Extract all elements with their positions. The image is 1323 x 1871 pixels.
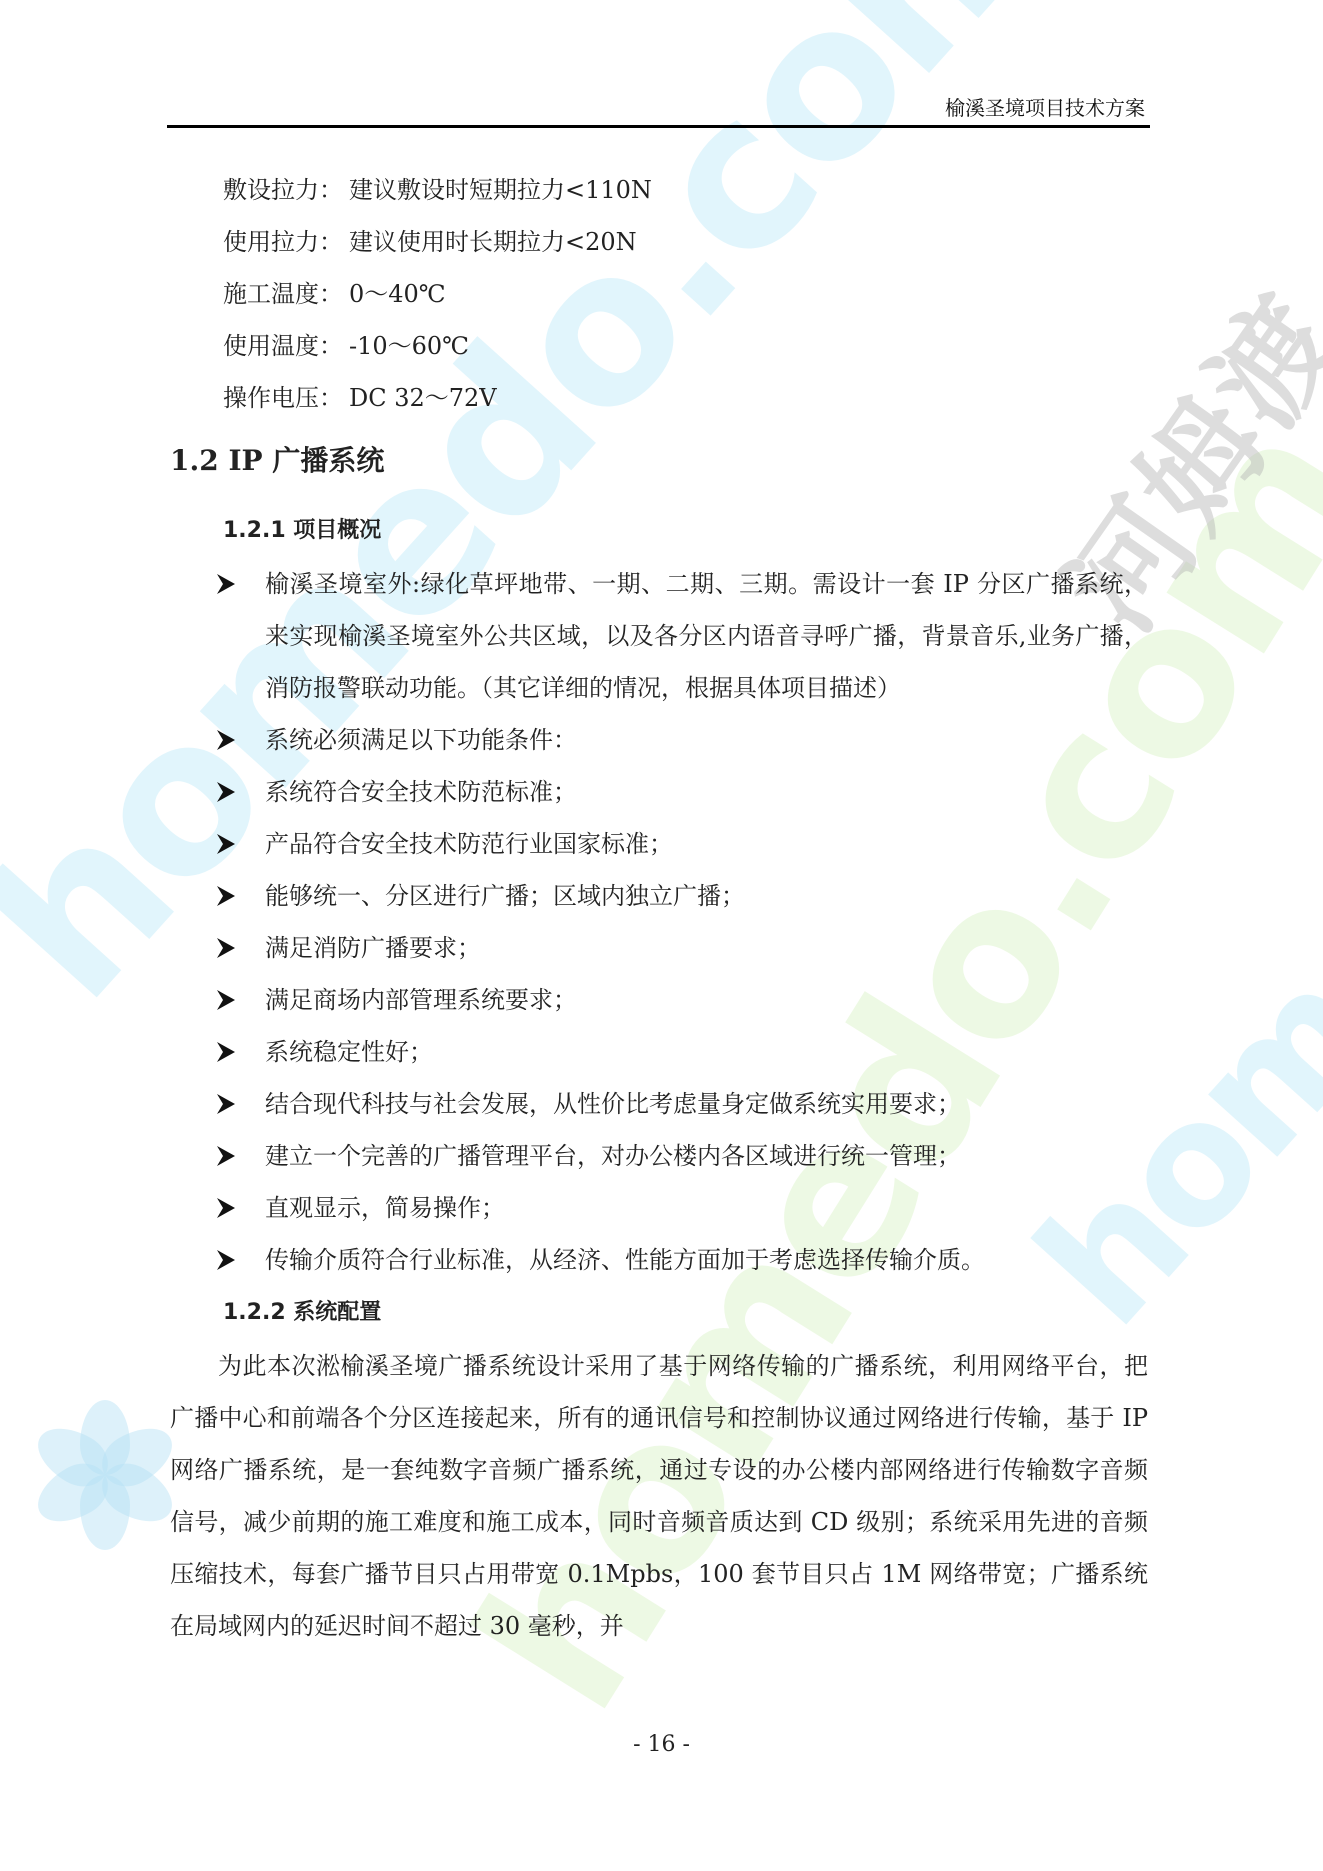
subsection-heading-overview: 1.2.1 项目概况	[170, 504, 1148, 558]
list-item: 满足消防广播要求；	[170, 922, 1148, 974]
requirements-list: 榆溪圣境室外:绿化草坪地带、一期、二期、三期。需设计一套 IP 分区广播系统，来…	[170, 558, 1148, 1286]
spec-line-usage-temp: 使用温度： -10～60℃	[170, 320, 1148, 372]
arrow-bullet-icon	[216, 729, 236, 751]
spec-line-voltage: 操作电压： DC 32～72V	[170, 372, 1148, 424]
spec-label: 使用拉力：	[223, 216, 343, 268]
page-content: 敷设拉力：建议敷设时短期拉力<110N 使用拉力：建议使用时长期拉力<20N 施…	[170, 164, 1148, 1652]
spec-label: 操作电压：	[223, 372, 343, 424]
list-item: 结合现代科技与社会发展，从性价比考虑量身定做系统实用要求；	[170, 1078, 1148, 1130]
subsection-heading-config: 1.2.2 系统配置	[170, 1286, 1148, 1340]
arrow-bullet-icon	[216, 781, 236, 803]
spec-value: -10～60℃	[349, 320, 469, 372]
arrow-bullet-icon	[216, 1145, 236, 1167]
document-title: 榆溪圣境项目技术方案	[945, 92, 1145, 121]
spec-value: 0～40℃	[349, 268, 446, 320]
list-item: 能够统一、分区进行广播；区域内独立广播；	[170, 870, 1148, 922]
list-item: 直观显示，简易操作；	[170, 1182, 1148, 1234]
page-number: - 16 -	[0, 1732, 1323, 1757]
spec-line-usage-tension: 使用拉力：建议使用时长期拉力<20N	[170, 216, 1148, 268]
list-item: 传输介质符合行业标准，从经济、性能方面加于考虑选择传输介质。	[170, 1234, 1148, 1286]
list-item: 系统必须满足以下功能条件：	[170, 714, 1148, 766]
section-heading: 1.2 IP 广播系统	[170, 428, 1148, 494]
arrow-bullet-icon	[216, 573, 236, 595]
list-item: 榆溪圣境室外:绿化草坪地带、一期、二期、三期。需设计一套 IP 分区广播系统，来…	[170, 558, 1148, 714]
list-item: 系统稳定性好；	[170, 1026, 1148, 1078]
arrow-bullet-icon	[216, 1093, 236, 1115]
spec-label: 敷设拉力：	[223, 164, 343, 216]
arrow-bullet-icon	[216, 885, 236, 907]
list-item: 建立一个完善的广播管理平台，对办公楼内各区域进行统一管理；	[170, 1130, 1148, 1182]
spec-value: 建议敷设时短期拉力<110N	[349, 164, 652, 216]
spec-value: DC 32～72V	[349, 372, 497, 424]
arrow-bullet-icon	[216, 1249, 236, 1271]
list-item: 产品符合安全技术防范行业国家标准；	[170, 818, 1148, 870]
spec-line-laying-tension: 敷设拉力：建议敷设时短期拉力<110N	[170, 164, 1148, 216]
arrow-bullet-icon	[216, 1041, 236, 1063]
page-header: 榆溪圣境项目技术方案	[167, 92, 1150, 128]
list-item: 系统符合安全技术防范标准；	[170, 766, 1148, 818]
arrow-bullet-icon	[216, 937, 236, 959]
list-item: 满足商场内部管理系统要求；	[170, 974, 1148, 1026]
body-paragraph: 为此本次淞榆溪圣境广播系统设计采用了基于网络传输的广播系统，利用网络平台，把广播…	[170, 1340, 1148, 1652]
arrow-bullet-icon	[216, 989, 236, 1011]
spec-line-install-temp: 施工温度： 0～40℃	[170, 268, 1148, 320]
spec-label: 施工温度：	[223, 268, 343, 320]
spec-label: 使用温度：	[223, 320, 343, 372]
spec-value: 建议使用时长期拉力<20N	[349, 216, 637, 268]
arrow-bullet-icon	[216, 1197, 236, 1219]
arrow-bullet-icon	[216, 833, 236, 855]
flower-logo-icon	[20, 1390, 190, 1560]
